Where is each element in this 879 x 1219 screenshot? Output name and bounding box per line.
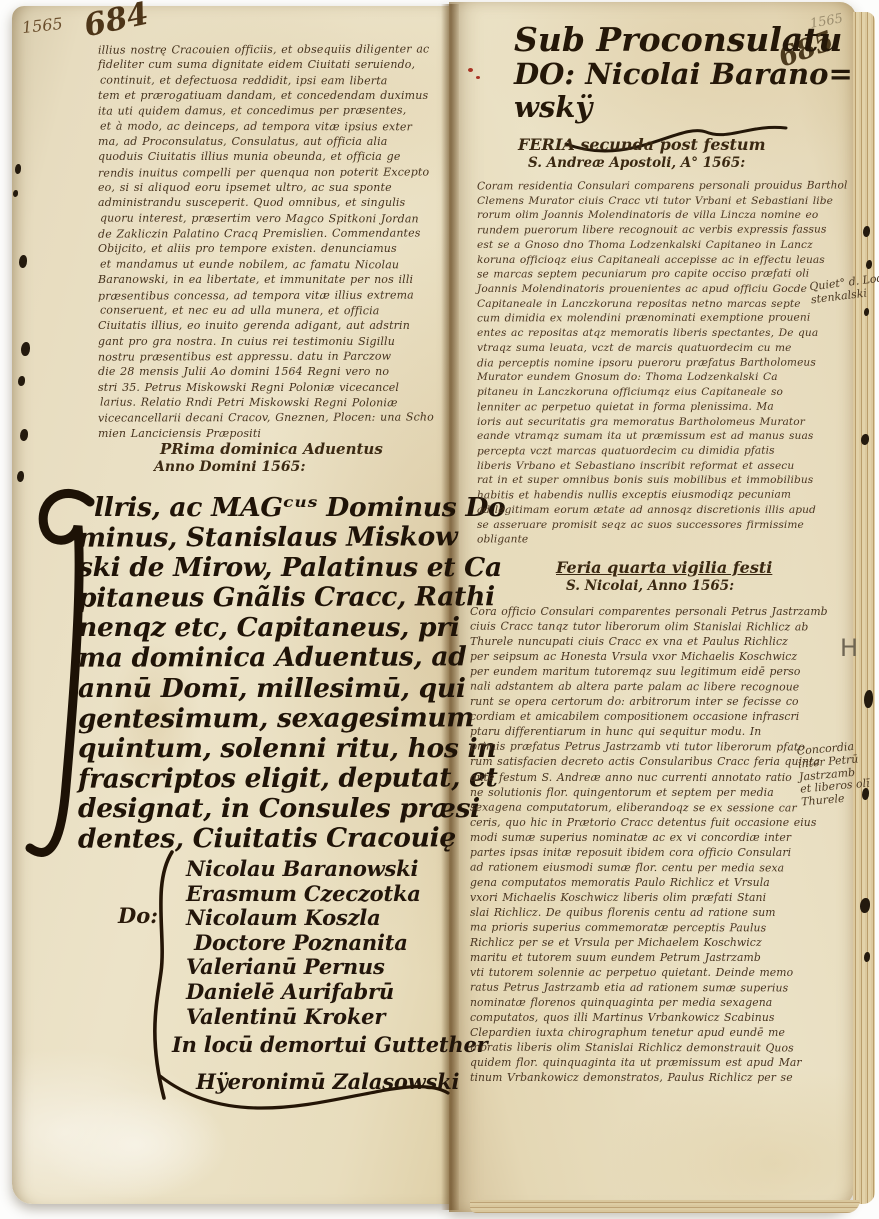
left-section-heading-date: Anno Domini 1565:: [154, 459, 306, 475]
text-line: quidem flor. quinquaginta ita ut præmiss…: [470, 1055, 812, 1070]
text-line: Sub Proconsulatu: [514, 22, 814, 58]
text-line: per seipsum ac Honesta Vrsula vxor Micha…: [470, 649, 812, 664]
text-line: tinum Vrbankowicz demonstratos, Paulus R…: [470, 1070, 812, 1085]
text-line: Danielē Aurifabrū: [186, 980, 488, 1005]
entry2-body: Cora officio Consulari comparentes perso…: [470, 604, 812, 1086]
manuscript-photo: 1565 684 illius nostrę Cracouien officii…: [0, 0, 879, 1219]
text-line: Nicolau Baranowski: [186, 857, 488, 882]
text-line: dentes, Ciuitatis Cracouię: [78, 823, 458, 854]
text-line: ita uti quidem damus, et concedimus per …: [98, 103, 450, 120]
text-line: se asseruare promisit seqz ac suos succe…: [477, 518, 815, 533]
text-line: slai Richlicz. De quibus florenis centu …: [470, 905, 812, 920]
text-line: annū Domī, millesimū, qui: [78, 674, 458, 704]
text-line: larius. Relatio Rndi Petri Miskowski Reg…: [100, 394, 452, 410]
entry2-heading-date: S. Nicolai, Anno 1565:: [566, 578, 734, 594]
entry1-heading-date: S. Andreæ Apostoli, A° 1565:: [528, 155, 745, 171]
text-line: Obijcito, et aliis pro tempore existen. …: [98, 241, 450, 256]
text-line: continuit, et defectuosa reddidit, ipsi …: [100, 72, 452, 88]
text-line: ante festum S. Andreæ anno nuc currenti …: [470, 770, 812, 785]
text-line: mien Lanciciensis Præpositi: [98, 426, 450, 441]
text-line: maritu et tutorem suum eundem Petrum Jas…: [470, 950, 812, 965]
text-line: cum dimidia ex molendini prænominati exe…: [477, 311, 815, 327]
text-line: præsentibus concessa, ad tempora vitæ il…: [98, 287, 450, 304]
text-line: percepta vczt marcas quatuordecim cu dim…: [477, 443, 815, 459]
text-line: Nicolaum Koszla: [186, 906, 488, 931]
text-line: entes ac repositas atqz memoratis liberi…: [477, 326, 815, 341]
text-line: rorum olim Joannis Molendinatoris de vil…: [477, 208, 815, 223]
text-line: ptaru differentiarum in hunc qui sequitu…: [470, 724, 812, 739]
text-line: quoru interest, præsertim vero Magco Spi…: [100, 210, 452, 226]
text-line: ciuis Cracc tanqz tutor liberorum olim S…: [470, 619, 812, 635]
red-ink-mark: [468, 68, 473, 72]
text-line: fideliter cum suma dignitate eidem Ciuit…: [98, 57, 450, 72]
text-line: minus, Stanislaus Miskow: [78, 522, 458, 553]
text-line: quintum, solenni ritu, hos in: [78, 734, 458, 764]
text-line: runt se opera certorum do: arbitrorum in…: [470, 694, 812, 709]
text-line: administrandu susceperit. Quod omnibus, …: [98, 195, 450, 210]
text-line: Clepardien iuxta chirographum tenetur ap…: [470, 1025, 812, 1040]
margin-letter-h: H: [840, 634, 858, 662]
text-line: gant pro gra nostra. In cuius rei testim…: [98, 334, 450, 349]
text-line: illius nostrę Cracouien officiis, et obs…: [98, 41, 450, 58]
text-line: DO: Nicolai Barano=: [514, 58, 814, 91]
text-line: obligante: [477, 532, 815, 548]
text-line: die 28 mensis Julii Ao domini 1564 Regni…: [98, 364, 450, 379]
text-line: pitaneu in Lanczkoruna officiumqz eius C…: [477, 385, 815, 400]
text-line: Erasmum Czeczotka: [186, 882, 488, 907]
text-line: primis præfatus Petrus Jastrzamb vti tut…: [470, 739, 812, 755]
entry2-heading: Feria quarta vigilia festi: [556, 558, 772, 577]
page-edge-stack-bottom: [470, 1200, 860, 1213]
left-intro-paragraph: illius nostrę Cracouien officiis, et obs…: [98, 42, 450, 441]
text-line: ioris aut securitatis gra memoratus Bart…: [477, 415, 815, 430]
signature-flourish: [148, 1058, 458, 1138]
text-line: cordiam et amicabilem compositionem occa…: [470, 709, 812, 724]
text-line: sexagena computatorum, eliberandoqz se e…: [470, 799, 812, 815]
text-line: Capitaneale in Lanczkoruna repositas net…: [477, 297, 815, 312]
text-line: Doctore Poznanita: [186, 931, 488, 956]
text-line: ma prioris superius commemoratæ percepti…: [470, 920, 812, 936]
text-line: moratis liberis olim Stanislai Richlicz …: [470, 1040, 812, 1056]
text-line: pitaneus Gnãlis Cracc, Rathi: [78, 583, 458, 614]
text-line: gena computatos memoratis Paulo Richlicz…: [470, 875, 812, 890]
text-line: In locū demortui Guttether: [172, 1029, 488, 1058]
text-line: dia perceptis nomine ipsoru pueroru præf…: [477, 355, 815, 371]
text-line: eande vtramqz sumam ita ut præmissum est…: [477, 429, 815, 444]
right-page-title: Sub ProconsulatuDO: Nicolai Barano=wskÿ: [514, 22, 814, 124]
text-line: ma, ad Proconsulatus, Consulatus, aut of…: [98, 134, 450, 149]
text-line: nenqz etc, Capitaneus, pri: [78, 613, 458, 643]
text-line: Joannis Molendinatoris prouenientes ac a…: [477, 282, 815, 297]
text-line: Baranowski, in ea libertate, et immunita…: [98, 272, 450, 287]
entry1-body: Coram residentia Consulari comparens per…: [477, 179, 815, 547]
text-line: nominatæ florenos quinquaginta per media…: [470, 995, 812, 1010]
text-line: ne solutionis flor. quingentorum et sept…: [470, 785, 812, 800]
text-line: vtraqz suma leuata, vczt de marcis quatu…: [477, 341, 815, 356]
text-line: vxori Michaelis Koschwicz liberis olim p…: [470, 890, 812, 905]
left-section-heading: PRima dominica Aduentus: [160, 440, 383, 458]
text-line: conseruent, et nec eu ad ulla munera, et…: [100, 302, 452, 318]
text-line: frascriptos eligit, deputat, et: [78, 763, 458, 794]
text-line: ski de Mirow, Palatinus et Ca: [78, 553, 458, 583]
text-line: Murator eundem Gnosum do: Thoma Lodzenka…: [477, 370, 815, 385]
text-line: se marcas septem pecuniarum pro capite o…: [477, 267, 815, 283]
text-line: Richlicz per se et Vrsula per Michaelem …: [470, 935, 812, 950]
text-line: liberis Vrbano et Sebastiano inscribit r…: [477, 459, 815, 474]
text-line: tem et prærogatiuam dandam, et concedend…: [98, 88, 450, 103]
text-line: designat, in Consules præsi: [78, 794, 458, 824]
text-line: Thurele nuncupati ciuis Cracc ex vna et …: [470, 634, 812, 649]
page-edge-stack-right: [853, 12, 875, 1204]
text-line: rum satisfacien decreto actis Consularib…: [470, 754, 812, 769]
text-line: vti tutorem solennie ac perpetuo quietan…: [470, 965, 812, 980]
text-line: ad legitimam eorum ætate ad annosqz disc…: [477, 503, 815, 518]
text-line: partes ipsas initæ reposuit ibidem cora …: [470, 845, 812, 860]
text-line: per eundem maritum tutoremqz suu legitim…: [470, 664, 812, 679]
text-line: est se a Gnoso dno Thoma Lodzenkalski Ca…: [477, 238, 815, 253]
text-line: Ciuitatis illius, eo inuito gerenda adig…: [98, 318, 450, 333]
text-line: quoduis Ciuitatis illius munia obeunda, …: [98, 149, 450, 164]
text-line: habitis et habendis nullis exceptis eius…: [477, 488, 815, 504]
text-line: rat in et super omnibus bonis suis mobil…: [477, 473, 815, 488]
text-line: ceris, quo hic in Prætorio Cracc detentu…: [470, 815, 812, 830]
display-initial-letter: I: [30, 500, 77, 639]
text-line: ad rationem eiusmodi sumæ flor. centu pe…: [470, 859, 812, 875]
text-line: eo, si si aliquod eoru ipsemet ultro, ac…: [98, 180, 450, 195]
red-ink-mark: [476, 76, 480, 79]
text-line: Coram residentia Consulari comparens per…: [477, 179, 815, 195]
text-line: koruna officioqz eius Capitaneali accepi…: [477, 253, 815, 268]
text-line: ma dominica Aduentus, ad: [78, 643, 458, 674]
text-line: vicecancellarii decani Cracov, Gneznen, …: [98, 410, 450, 427]
text-line: Cora officio Consulari comparentes perso…: [470, 604, 812, 619]
text-line: de Zakliczin Palatino Cracq Premislien. …: [98, 226, 450, 243]
text-line: ratus Petrus Jastrzamb etia ad rationem …: [470, 980, 812, 996]
entry1-heading: FERIA secunda post festum: [518, 135, 766, 154]
text-line: rendis inuitus compelli per quenqua non …: [98, 164, 450, 181]
text-line: lenniter ac perpetuo quietat in forma pl…: [477, 399, 815, 415]
text-line: Valerianū Pernus: [186, 955, 488, 980]
text-line: rundem puerorum libere recognouit ac ver…: [477, 223, 815, 239]
text-line: gentesimum, sexagesimum: [78, 703, 458, 734]
left-display-text: llris, ac MAGᶜᵘˢ Dominus Dominus, Stanis…: [78, 493, 458, 854]
text-line: nali adstantem ab altera parte palam ac …: [470, 679, 812, 695]
text-line: Clemens Murator ciuis Cracc vti tutor Vr…: [477, 194, 815, 209]
text-line: llris, ac MAGᶜᵘˢ Dominus Do: [78, 493, 458, 523]
text-line: et à modo, ac deinceps, ad tempora vitæ …: [100, 118, 452, 134]
text-line: computatos, quos illi Martinus Vrbankowi…: [470, 1010, 812, 1025]
text-line: Valentinū Kroker: [186, 1005, 488, 1030]
text-line: stri 35. Petrus Miskowski Regni Poloniæ …: [98, 380, 450, 395]
text-line: modi sumæ superius nominatæ ac ex vi con…: [470, 830, 812, 845]
text-line: et mandamus ut eunde nobilem, ac famatu …: [100, 256, 452, 272]
text-line: nostru præsentibus est appressu. datu in…: [98, 348, 450, 365]
entry2-margin-note: Concordiainter PetrūJastrzambet liberos …: [796, 738, 879, 809]
